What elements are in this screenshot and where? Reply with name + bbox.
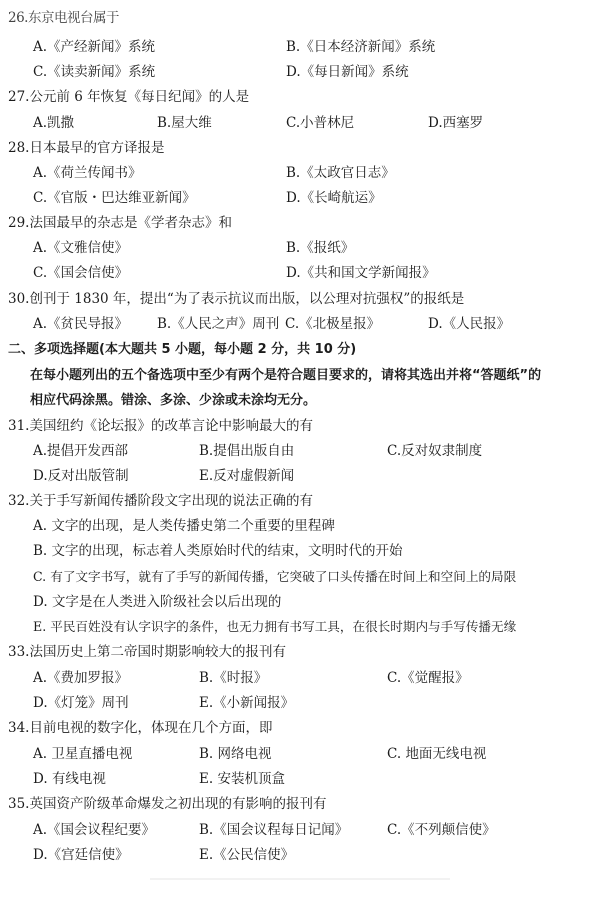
option-c: C.《觉醒报》 <box>387 666 469 690</box>
option-a: A.《费加罗报》 <box>33 666 128 690</box>
question-text: 目前电视的数字化，体现在几个方面，即 <box>29 720 272 736</box>
option-d: D.《共和国文学新闻报》 <box>286 261 436 285</box>
question-35-options-row-1: A.《国会议程纪要》 B.《国会议程每日记闻》 C.《不列颠信使》 <box>0 818 600 842</box>
question-26-options-row-1: A.《产经新闻》系统 B.《日本经济新闻》系统 <box>0 35 600 59</box>
option-b: B.《人民之声》周刊 <box>157 312 279 336</box>
option-b: B.《日本经济新闻》系统 <box>286 35 435 59</box>
option-d: D.反对出版管制 <box>33 464 129 488</box>
exam-page: 26.东京电视台属于 A.《产经新闻》系统 B.《日本经济新闻》系统 C.《读卖… <box>0 0 600 914</box>
question-34-options-row-2: D. 有线电视 E. 安装机顶盒 <box>0 767 600 791</box>
question-32-option-b: B. 文字的出现，标志着人类原始时代的结束，文明时代的开始 <box>0 539 600 563</box>
option-d: D.《灯笼》周刊 <box>33 691 129 715</box>
question-number: 34. <box>8 720 29 736</box>
question-34-options-row-1: A. 卫星直播电视 B. 网络电视 C. 地面无线电视 <box>0 742 600 766</box>
option-e: E.反对虚假新闻 <box>199 464 294 488</box>
question-35-stem: 35.英国资产阶级革命爆发之初出现的有影响的报刊有 <box>8 792 600 816</box>
question-33-stem: 33.法国历史上第二帝国时期影响较大的报刊有 <box>8 640 600 664</box>
option-a: A.《国会议程纪要》 <box>33 818 155 842</box>
option-c: C.《官版・巴达维亚新闻》 <box>33 186 196 210</box>
question-32-option-c: C. 有了文字书写，就有了手写的新闻传播，它突破了口头传播在时间上和空间上的局限 <box>0 565 600 589</box>
question-33-options-row-2: D.《灯笼》周刊 E.《小新闻报》 <box>0 691 600 715</box>
option-c: C.反对奴隶制度 <box>387 439 482 463</box>
question-26-stem: 26.东京电视台属于 <box>8 6 600 30</box>
option-a: A.《贫民导报》 <box>33 312 128 336</box>
question-text: 公元前 6 年恢复《每日纪闻》的人是 <box>29 89 249 105</box>
option-d: D.《人民报》 <box>428 312 510 336</box>
question-text: 英国资产阶级革命爆发之初出现的有影响的报刊有 <box>29 796 326 812</box>
question-29-stem: 29.法国最早的杂志是《学者杂志》和 <box>8 211 600 235</box>
question-31-options-row-1: A.提倡开发西部 B.提倡出版自由 C.反对奴隶制度 <box>0 439 600 463</box>
option-b: B. 网络电视 <box>199 742 272 766</box>
question-28-stem: 28.日本最早的官方译报是 <box>8 136 600 160</box>
question-number: 29. <box>8 215 29 231</box>
option-b: B.提倡出版自由 <box>199 439 294 463</box>
question-text: 美国纽约《论坛报》的改革言论中影响最大的有 <box>29 418 313 434</box>
option-c: C.《不列颠信使》 <box>387 818 496 842</box>
question-26-options-row-2: C.《读卖新闻》系统 D.《每日新闻》系统 <box>0 60 600 84</box>
option-a: A.《荷兰传闻书》 <box>33 161 142 185</box>
question-32-option-e: E. 平民百姓没有认字识字的条件，也无力拥有书写工具，在很长时期内与手写传播无缘 <box>0 615 600 639</box>
question-28-options-row-2: C.《官版・巴达维亚新闻》 D.《长崎航运》 <box>0 186 600 210</box>
question-number: 33. <box>8 644 29 660</box>
question-32-stem: 32.关于手写新闻传播阶段文字出现的说法正确的有 <box>8 489 600 513</box>
question-text: 法国历史上第二帝国时期影响较大的报刊有 <box>29 644 286 660</box>
option-c: C. 地面无线电视 <box>387 742 486 766</box>
question-31-options-row-2: D.反对出版管制 E.反对虚假新闻 <box>0 464 600 488</box>
option-c: C.《北极星报》 <box>285 312 380 336</box>
question-33-options-row-1: A.《费加罗报》 B.《时报》 C.《觉醒报》 <box>0 666 600 690</box>
question-text: 创刊于 1830 年，提出“为了表示抗议而出版，以公理对抗强权”的报纸是 <box>29 291 464 307</box>
option-b: B.屋大维 <box>157 111 212 135</box>
section-instruction-line-1: 在每小题列出的五个备选项中至少有两个是符合题目要求的，请将其选出并将“答题纸”的 <box>30 364 600 388</box>
option-d: D.《宫廷信使》 <box>33 843 129 867</box>
question-text: 日本最早的官方译报是 <box>29 140 164 156</box>
option-a: A.《产经新闻》系统 <box>33 35 155 59</box>
option-e: E.《小新闻报》 <box>199 691 294 715</box>
option-d: D.《长崎航运》 <box>286 186 382 210</box>
option-a: A.提倡开发西部 <box>33 439 128 463</box>
option-d: D.《每日新闻》系统 <box>286 60 409 84</box>
question-number: 28. <box>8 140 29 156</box>
question-32-option-d: D. 文字是在人类进入阶级社会以后出现的 <box>0 590 600 614</box>
option-c: C.小普林尼 <box>286 111 354 135</box>
question-text: 法国最早的杂志是《学者杂志》和 <box>29 215 232 231</box>
option-e: E. 安装机顶盒 <box>199 767 285 791</box>
question-29-options-row-2: C.《国会信使》 D.《共和国文学新闻报》 <box>0 261 600 285</box>
question-number: 31. <box>8 418 29 434</box>
question-27-stem: 27.公元前 6 年恢复《每日纪闻》的人是 <box>8 85 600 109</box>
faint-footer-ghost-line <box>150 878 450 880</box>
question-number: 35. <box>8 796 29 812</box>
option-e: E.《公民信使》 <box>199 843 294 867</box>
option-a: A.《文雅信使》 <box>33 236 128 260</box>
option-d: D.西塞罗 <box>428 111 483 135</box>
question-30-stem: 30.创刊于 1830 年，提出“为了表示抗议而出版，以公理对抗强权”的报纸是 <box>8 287 600 311</box>
question-31-stem: 31.美国纽约《论坛报》的改革言论中影响最大的有 <box>8 414 600 438</box>
option-d: D. 有线电视 <box>33 767 106 791</box>
option-b: B.《太政官日志》 <box>286 161 395 185</box>
option-b: B.《国会议程每日记闻》 <box>199 818 348 842</box>
question-number: 27. <box>8 89 29 105</box>
option-b: B.《报纸》 <box>286 236 354 260</box>
question-30-options: A.《贫民导报》 B.《人民之声》周刊 C.《北极星报》 D.《人民报》 <box>0 312 600 336</box>
option-c: C.《读卖新闻》系统 <box>33 60 155 84</box>
option-a: A.凯撒 <box>33 111 74 135</box>
question-34-stem: 34.目前电视的数字化，体现在几个方面，即 <box>8 716 600 740</box>
question-29-options-row-1: A.《文雅信使》 B.《报纸》 <box>0 236 600 260</box>
section-heading-multiple-choice: 二、多项选择题(本大题共 5 小题，每小题 2 分，共 10 分) <box>8 338 600 362</box>
option-a: A. 卫星直播电视 <box>33 742 132 766</box>
question-32-option-a: A. 文字的出现，是人类传播史第二个重要的里程碑 <box>0 514 600 538</box>
question-number: 32. <box>8 493 29 509</box>
question-number: 30. <box>8 291 29 307</box>
section-instruction-line-2: 相应代码涂黑。错涂、多涂、少涂或未涂均无分。 <box>30 389 600 413</box>
option-c: C.《国会信使》 <box>33 261 128 285</box>
question-text: 东京电视台属于 <box>28 10 119 26</box>
question-number: 26. <box>8 10 28 26</box>
question-27-options: A.凯撒 B.屋大维 C.小普林尼 D.西塞罗 <box>0 111 600 135</box>
option-b: B.《时报》 <box>199 666 267 690</box>
question-text: 关于手写新闻传播阶段文字出现的说法正确的有 <box>29 493 313 509</box>
question-35-options-row-2: D.《宫廷信使》 E.《公民信使》 <box>0 843 600 867</box>
question-28-options-row-1: A.《荷兰传闻书》 B.《太政官日志》 <box>0 161 600 185</box>
